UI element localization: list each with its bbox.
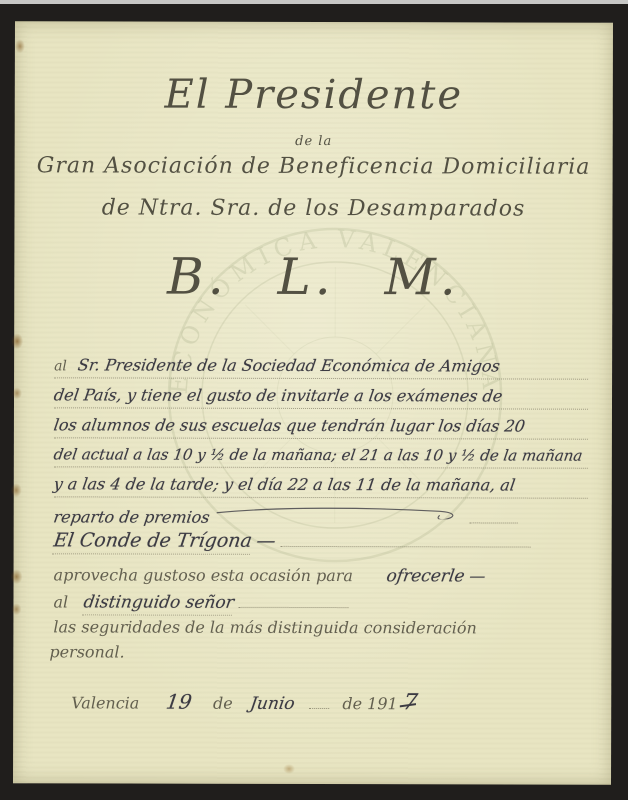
handwritten-fill: distinguido señor [82, 593, 235, 616]
signoff-line: aprovecha gustoso esta ocasión para ofre… [54, 565, 588, 586]
body-line: del País, y tiene el gusto de invitarle … [54, 385, 588, 409]
scanned-document: ECONÓMICA VALENCIANA El Presidente de la… [0, 0, 628, 800]
stain [283, 764, 295, 774]
printed-de: de [213, 694, 233, 713]
printed-al: al [53, 593, 68, 612]
pen-dash: — [468, 566, 487, 585]
handwritten-text: los alumnos de sus escuelas que tendrán … [53, 415, 527, 435]
body-line: los alumnos de sus escuelas que tendrán … [54, 415, 588, 439]
pen-dash: — [255, 530, 277, 552]
dotted-fill-line [470, 507, 518, 523]
handwritten-text: Sr. Presidente de la Sociedad Económica … [77, 355, 502, 375]
pen-flourish [215, 503, 465, 520]
sender-line: El Conde de Trígona — [54, 529, 588, 555]
printed-city: Valencia [71, 693, 139, 712]
signoff-line: las seguridades de la más distinguida co… [53, 617, 476, 637]
sender-name: El Conde de Trígona [52, 529, 254, 555]
handwritten-month: Junio [248, 694, 295, 714]
document-title: El Presidente [15, 71, 613, 119]
stain [11, 603, 21, 615]
handwritten-text: y a las 4 de la tarde; y el día 22 a las… [52, 474, 516, 494]
scanner-edge-strip [0, 0, 628, 4]
stain [15, 39, 25, 53]
paper: ECONÓMICA VALENCIANA El Presidente de la… [13, 21, 613, 785]
organization-line-2: de Ntra. Sra. de los Desamparados [14, 195, 612, 222]
dotted-fill-line [238, 592, 348, 608]
handwritten-day: 19 [165, 690, 194, 714]
stain [11, 569, 23, 584]
stain [11, 483, 22, 497]
printed-year-prefix: de 191 [342, 694, 397, 713]
handwritten-text: reparto de premios [52, 507, 211, 526]
body-line: del actual a las 10 y ½ de la mañana; el… [54, 445, 588, 468]
date-line: Valencia 19 de Junio de 191 7 [71, 689, 571, 715]
stain [11, 333, 23, 349]
header-connector: de la [15, 133, 613, 150]
salutation-blm: B. L. M. [14, 247, 612, 307]
body-line: y a las 4 de la tarde; y el día 22 a las… [54, 474, 588, 498]
handwritten-text: del actual a las 10 y ½ de la mañana; el… [53, 445, 584, 464]
dotted-fill-line [281, 531, 531, 548]
dotted-fill-line [309, 693, 329, 709]
printed-al: al [54, 358, 67, 374]
printed-text: aprovecha gustoso esta ocasión para [54, 565, 353, 585]
signoff-line: personal. [49, 642, 124, 661]
signoff-line: al distinguido señor [53, 591, 587, 617]
handwritten-text: del País, y tiene el gusto de invitarle … [53, 385, 504, 405]
body-line: al Sr. Presidente de la Sociedad Económi… [54, 355, 588, 379]
body-line: reparto de premios [54, 502, 588, 530]
stain [12, 387, 22, 399]
handwritten-year-digit: 7 [401, 690, 419, 715]
organization-line-1: Gran Asociación de Beneficencia Domicili… [15, 153, 613, 180]
handwritten-fill: ofrecerle [385, 566, 466, 586]
